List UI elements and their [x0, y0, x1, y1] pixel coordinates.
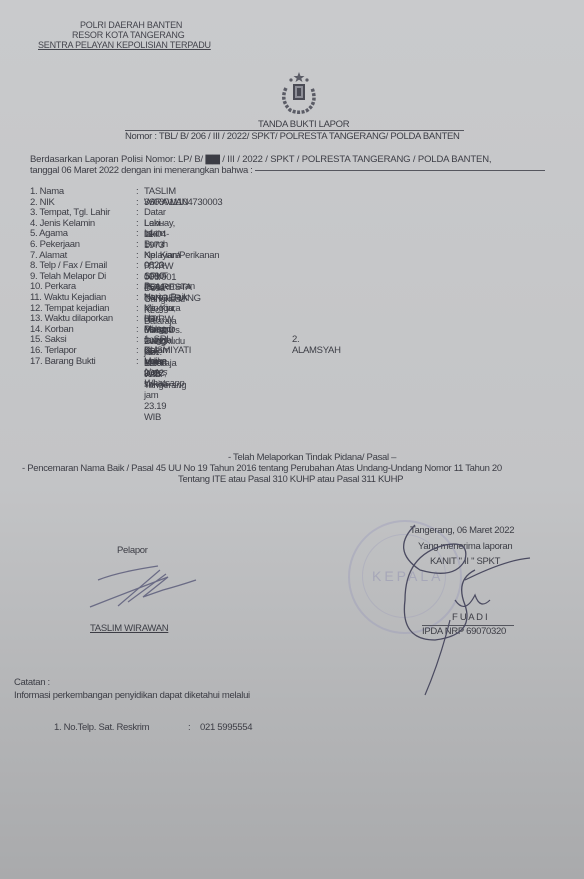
field-separator: :	[136, 197, 138, 208]
notes-line: Informasi perkembangan penyidikan dapat …	[14, 690, 250, 701]
receiver-signature	[395, 520, 535, 705]
field-separator: :	[136, 345, 138, 356]
notes-heading: Catatan :	[14, 677, 50, 688]
field-separator: :	[136, 250, 138, 261]
police-emblem-icon	[276, 70, 322, 116]
field-value: Voice Notes Whatsapp	[144, 356, 184, 389]
field-label: 5. Agama	[30, 228, 140, 239]
document-number: Nomor : TBL/ B/ 206 / III / 2022/ SPKT/ …	[125, 130, 464, 142]
field-separator: :	[136, 207, 138, 218]
field-label: 14. Korban	[30, 324, 140, 335]
notes-item-label: 1. No.Telp. Sat. Reskrim	[54, 722, 149, 733]
field-label: 1. Nama	[30, 186, 140, 197]
intro-line-2: tanggal 06 Maret 2022 dengan ini meneran…	[30, 165, 545, 176]
field-label: 17. Barang Bukti	[30, 356, 140, 367]
field-separator: :	[136, 239, 138, 250]
pasal-heading: - Telah Melaporkan Tindak Pidana/ Pasal …	[228, 452, 396, 463]
field-separator: :	[136, 271, 138, 282]
field-value-secondary: 2. ALAMSYAH	[292, 334, 341, 356]
field-label: 8. Telp / Fax / Email	[30, 260, 140, 271]
field-separator: :	[136, 334, 138, 345]
field-label: 13. Waktu dilaporkan	[30, 313, 140, 324]
header-line-1: POLRI DAERAH BANTEN	[80, 20, 182, 30]
field-separator: :	[136, 303, 138, 314]
field-label: 16. Terlapor	[30, 345, 140, 356]
field-separator: :	[136, 292, 138, 303]
reporter-role: Pelapor	[117, 545, 148, 556]
field-separator: :	[136, 218, 138, 229]
field-separator: :	[136, 186, 138, 197]
field-label: 3. Tempat, Tgl. Lahir	[30, 207, 140, 218]
reporter-signature	[88, 562, 198, 617]
field-label: 9. Telah Melapor Di	[30, 271, 140, 282]
intro-rule	[255, 170, 545, 171]
field-label: 7. Alamat	[30, 250, 140, 261]
field-label: 15. Saksi	[30, 334, 140, 345]
pasal-line-2: Tentang ITE atau Pasal 310 KUHP atau Pas…	[178, 474, 403, 485]
field-separator: :	[136, 313, 138, 324]
field-label: 2. NIK	[30, 197, 140, 208]
field-separator: :	[136, 281, 138, 292]
document-title: TANDA BUKTI LAPOR	[258, 119, 349, 130]
field-label: 12. Tempat kejadian	[30, 303, 140, 314]
intro-line-1: Berdasarkan Laporan Polisi Nomor: LP/ B/…	[30, 154, 491, 165]
header-line-2: RESOR KOTA TANGERANG	[72, 30, 185, 40]
pasal-line-1: - Pencemaran Nama Baik / Pasal 45 UU No …	[22, 463, 502, 474]
intro-text: tanggal 06 Maret 2022 dengan ini meneran…	[30, 165, 253, 176]
notes-item-value: 021 5995554	[200, 722, 252, 733]
field-separator: :	[136, 356, 138, 367]
field-value: 3603011104730003	[144, 197, 222, 208]
field-separator: :	[136, 324, 138, 335]
field-label: 10. Perkara	[30, 281, 140, 292]
field-label: 11. Waktu Kejadian	[30, 292, 140, 303]
notes-item-sep: :	[188, 722, 190, 733]
field-separator: :	[136, 228, 138, 239]
field-label: 4. Jenis Kelamin	[30, 218, 140, 229]
reporter-name: TASLIM WIRAWAN	[90, 623, 168, 634]
field-separator: :	[136, 260, 138, 271]
field-label: 6. Pekerjaan	[30, 239, 140, 250]
header-line-3: SENTRA PELAYAN KEPOLISIAN TERPADU	[38, 40, 211, 50]
field-value: Islam	[144, 228, 165, 239]
field-value: Pelapor	[144, 324, 175, 335]
